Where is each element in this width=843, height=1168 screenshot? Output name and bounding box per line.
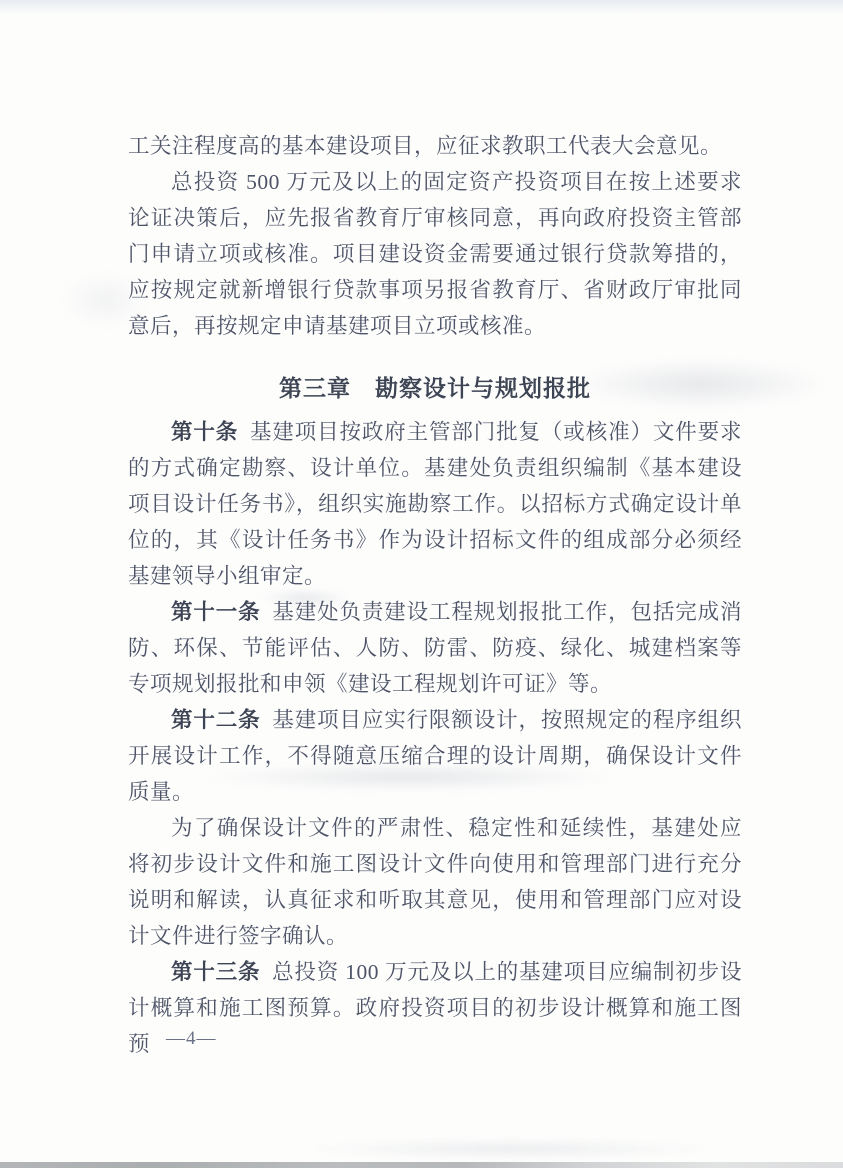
paragraph-continuation: 工关注程度高的基本建设项目，应征求教职工代表大会意见。 bbox=[128, 128, 742, 164]
article-paragraph: 第十二条基建项目应实行限额设计，按照规定的程序组织开展设计工作，不得随意压缩合理… bbox=[128, 702, 742, 810]
article-number: 第十三条 bbox=[171, 960, 272, 984]
scan-bottom-edge-artifact bbox=[0, 1162, 843, 1168]
article-paragraph: 第十一条基建处负责建设工程规划报批工作，包括完成消防、环保、节能评估、人防、防雷… bbox=[128, 594, 742, 702]
page-number: —4— bbox=[166, 1028, 217, 1050]
chapter-heading: 第三章 勘察设计与规划报批 bbox=[128, 368, 742, 408]
scanned-document-page: 工关注程度高的基本建设项目，应征求教职工代表大会意见。 总投资 500 万元及以… bbox=[0, 0, 843, 1168]
document-text-block: 工关注程度高的基本建设项目，应征求教职工代表大会意见。 总投资 500 万元及以… bbox=[128, 128, 742, 1062]
paragraph-text: 基建项目按政府主管部门批复（或核准）文件要求的方式确定勘察、设计单位。基建处负责… bbox=[128, 420, 742, 588]
paragraph-text: 为了确保设计文件的严肃性、稳定性和延续性，基建处应将初步设计文件和施工图设计文件… bbox=[128, 816, 742, 948]
article-paragraph: 第十三条总投资 100 万元及以上的基建项目应编制初步设计概算和施工图预算。政府… bbox=[128, 954, 742, 1062]
paragraph-text: 总投资 500 万元及以上的固定资产投资项目在按上述要求论证决策后，应先报省教育… bbox=[128, 170, 742, 338]
article-number: 第十条 bbox=[171, 420, 250, 444]
paragraph-body: 为了确保设计文件的严肃性、稳定性和延续性，基建处应将初步设计文件和施工图设计文件… bbox=[128, 810, 742, 954]
article-paragraph: 第十条基建项目按政府主管部门批复（或核准）文件要求的方式确定勘察、设计单位。基建… bbox=[128, 414, 742, 594]
article-number: 第十二条 bbox=[171, 708, 272, 732]
paragraph-body: 总投资 500 万元及以上的固定资产投资项目在按上述要求论证决策后，应先报省教育… bbox=[128, 164, 742, 344]
article-number: 第十一条 bbox=[171, 600, 272, 624]
paragraph-text: 工关注程度高的基本建设项目，应征求教职工代表大会意见。 bbox=[128, 134, 722, 158]
scan-top-tint bbox=[0, 0, 843, 14]
scan-artifact bbox=[300, 1138, 720, 1160]
